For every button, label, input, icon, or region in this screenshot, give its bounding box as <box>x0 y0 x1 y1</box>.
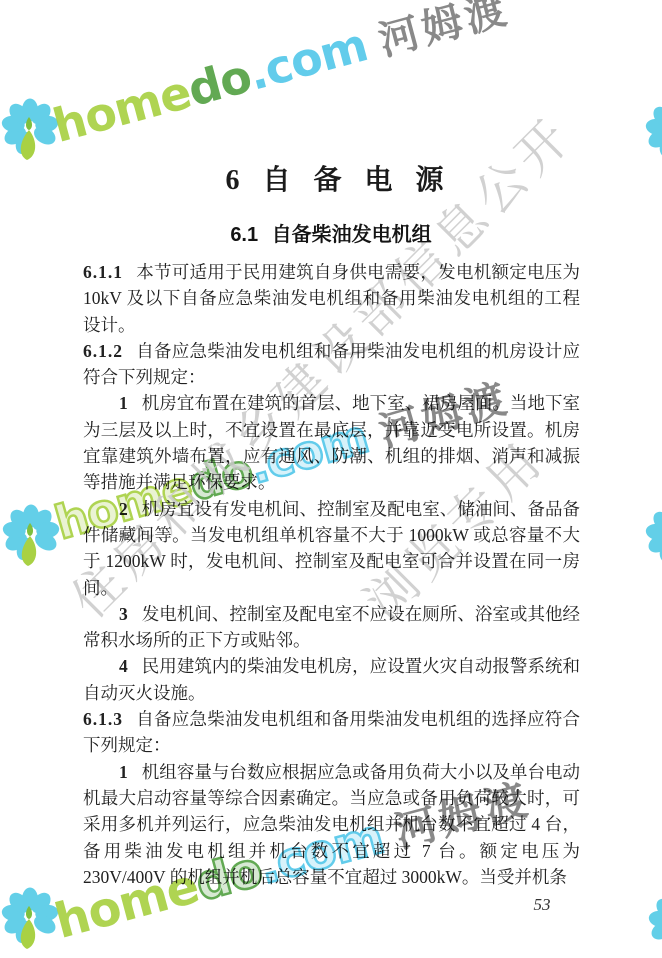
clause-paragraph: 6.1.2自备应急柴油发电机组和备用柴油发电机组的机房设计应符合下列规定： <box>83 338 580 391</box>
clause-number: 3 <box>119 604 129 624</box>
clause-number: 6.1.1 <box>83 262 123 282</box>
clause-paragraph: 3发电机间、控制室及配电室不应设在厕所、浴室或其他经常积水场所的正下方或贴邻。 <box>83 601 580 654</box>
clause-number: 6.1.3 <box>83 709 123 729</box>
section-title: 6.1 自备柴油发电机组 <box>0 218 662 247</box>
clause-body: 机组容量与台数应根据应急或备用负荷大小以及单台电动机最大启动容量等综合因素确定。… <box>83 762 580 887</box>
clause-body: 自备应急柴油发电机组和备用柴油发电机组的选择应符合下列规定： <box>83 709 580 755</box>
clause-number: 2 <box>119 499 129 519</box>
clause-number: 1 <box>119 393 129 413</box>
page-content: 6 自 备 电 源 6.1 自备柴油发电机组 6.1.1本节可适用于民用建筑自身… <box>0 0 662 958</box>
clause-paragraph: 1机组容量与台数应根据应急或备用负荷大小以及单台电动机最大启动容量等综合因素确定… <box>83 759 580 890</box>
clause-number: 6.1.2 <box>83 341 123 361</box>
clause-body: 民用建筑内的柴油发电机房，应设置火灾自动报警系统和自动灭火设施。 <box>83 656 580 702</box>
clause-paragraph: 1机房宜布置在建筑的首层、地下室、裙房屋面。当地下室为三层及以上时，不宜设置在最… <box>83 390 580 495</box>
clause-paragraph: 6.1.3自备应急柴油发电机组和备用柴油发电机组的选择应符合下列规定： <box>83 706 580 759</box>
clause-paragraph: 2机房宜设有发电机间、控制室及配电室、储油间、备品备件储藏间等。当发电机组单机容… <box>83 496 580 601</box>
clause-body: 本节可适用于民用建筑自身供电需要，发电机额定电压为 10kV 及以下自备应急柴油… <box>83 262 580 335</box>
clause-paragraph: 6.1.1本节可适用于民用建筑自身供电需要，发电机额定电压为 10kV 及以下自… <box>83 259 580 338</box>
clause-body: 机房宜设有发电机间、控制室及配电室、储油间、备品备件储藏间等。当发电机组单机容量… <box>83 499 580 598</box>
chapter-title: 6 自 备 电 源 <box>0 158 662 198</box>
clause-body: 自备应急柴油发电机组和备用柴油发电机组的机房设计应符合下列规定： <box>83 341 580 387</box>
document-page: 6 自 备 电 源 6.1 自备柴油发电机组 6.1.1本节可适用于民用建筑自身… <box>0 0 662 958</box>
clause-number: 4 <box>119 656 129 676</box>
clause-body: 机房宜布置在建筑的首层、地下室、裙房屋面。当地下室为三层及以上时，不宜设置在最底… <box>83 393 580 492</box>
clause-text-block: 6.1.1本节可适用于民用建筑自身供电需要，发电机额定电压为 10kV 及以下自… <box>83 259 580 890</box>
page-number: 53 <box>518 895 566 915</box>
clause-number: 1 <box>119 762 129 782</box>
clause-paragraph: 4民用建筑内的柴油发电机房，应设置火灾自动报警系统和自动灭火设施。 <box>83 653 580 706</box>
clause-body: 发电机间、控制室及配电室不应设在厕所、浴室或其他经常积水场所的正下方或贴邻。 <box>83 604 580 650</box>
